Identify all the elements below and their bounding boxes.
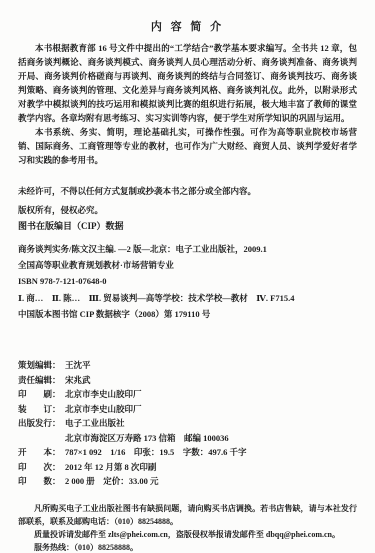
complaint-email-contact: 质量投诉请发邮件至 zlts@phei.com.cn，盗版侵权举报请发邮件至 d… <box>18 528 357 541</box>
colophon-row-duty-editor: 责任编辑： 宋兆武 <box>18 373 357 388</box>
colophon-label: 开 本： <box>18 445 65 460</box>
colophon-value: 787×1 092 1/16 印张：19.5 字数：497.6 千字 <box>65 445 246 460</box>
colophon-value: 2 000 册 定价：33.00 元 <box>65 474 159 489</box>
page-title: 内 容 简 介 <box>18 20 357 34</box>
colophon-section: 策划编辑： 王沈平 责任编辑： 宋兆武 印 刷： 北京市李史山胶印厂 装 订： … <box>18 358 357 489</box>
cip-section: 图书在版编目（CIP）数据 商务谈判实务/陈文汉主编. —2 版—北京：电子工业… <box>18 219 357 321</box>
cip-classification: Ⅰ. 商… Ⅱ. 陈… Ⅲ. 贸易谈判—高等学校：技术学校—教材 Ⅳ. F715… <box>18 291 357 305</box>
colophon-value: 北京市李史山胶印厂 <box>65 387 142 402</box>
copyright-reserved: 版权所有，侵权必究。 <box>18 203 357 217</box>
colophon-value: 2012 年 12 月第 8 次印刷 <box>65 460 156 475</box>
cip-entry-title: 商务谈判实务/陈文汉主编. —2 版—北京：电子工业出版社，2009.1 <box>18 242 357 256</box>
colophon-row-printer: 印 刷： 北京市李史山胶印厂 <box>18 387 357 402</box>
colophon-row-planning-editor: 策划编辑： 王沈平 <box>18 358 357 373</box>
intro-section: 本书根据教育部 16 号文件中提出的“工学结合”教学基本要求编写。全书共 12 … <box>18 41 357 167</box>
colophon-value: 王沈平 <box>65 358 91 373</box>
colophon-value: 北京市海淀区万寿路 173 信箱 邮编 100036 <box>65 431 229 446</box>
colophon-row-print-run-price: 印 数： 2 000 册 定价：33.00 元 <box>18 474 357 489</box>
cip-entry-series: 全国高等职业教育规划教材·市场营销专业 <box>18 258 357 272</box>
colophon-row-binding: 装 订： 北京市李史山胶印厂 <box>18 402 357 417</box>
cip-isbn: ISBN 978-7-121-07648-0 <box>18 274 357 288</box>
book-copyright-page: 内 容 简 介 本书根据教育部 16 号文件中提出的“工学结合”教学基本要求编写… <box>0 0 375 553</box>
colophon-label: 印 刷： <box>18 387 65 402</box>
colophon-label: 印 次： <box>18 460 65 475</box>
intro-paragraph-2: 本书系统、务实、简明，理论基础扎实，可操作性强。可作为高等职业院校市场营销、国际… <box>18 125 357 167</box>
service-hotline: 服务热线：（010）88258888。 <box>18 541 357 553</box>
colophon-value: 电子工业出版社 <box>65 416 125 431</box>
cip-record-number: 中国版本图书馆 CIP 数据核字（2008）第 179110 号 <box>18 307 357 321</box>
colophon-row-impression: 印 次： 2012 年 12 月第 8 次印刷 <box>18 460 357 475</box>
colophon-label: 责任编辑： <box>18 373 65 388</box>
purchase-replacement-notice: 凡所购买电子工业出版社图书有缺损问题，请向购买书店调换。若书店售缺，请与本社发行… <box>18 502 357 528</box>
colophon-row-publisher: 出版发行： 电子工业出版社 <box>18 416 357 431</box>
copyright-notice-section: 未经许可，不得以任何方式复制或抄袭本书之部分或全部内容。 版权所有，侵权必究。 <box>18 184 357 217</box>
colophon-label: 策划编辑： <box>18 358 65 373</box>
colophon-label <box>18 431 65 446</box>
cip-heading: 图书在版编目（CIP）数据 <box>18 219 357 233</box>
colophon-label: 印 数： <box>18 474 65 489</box>
colophon-value: 北京市李史山胶印厂 <box>65 402 142 417</box>
colophon-label: 出版发行： <box>18 416 65 431</box>
intro-paragraph-1: 本书根据教育部 16 号文件中提出的“工学结合”教学基本要求编写。全书共 12 … <box>18 41 357 125</box>
copyright-warning: 未经许可，不得以任何方式复制或抄袭本书之部分或全部内容。 <box>18 184 357 198</box>
service-info-section: 凡所购买电子工业出版社图书有缺损问题，请向购买书店调换。若书店售缺，请与本社发行… <box>18 502 357 553</box>
colophon-label: 装 订： <box>18 402 65 417</box>
colophon-row-format: 开 本： 787×1 092 1/16 印张：19.5 字数：497.6 千字 <box>18 445 357 460</box>
colophon-value: 宋兆武 <box>65 373 91 388</box>
colophon-row-publisher-address: 北京市海淀区万寿路 173 信箱 邮编 100036 <box>18 431 357 446</box>
